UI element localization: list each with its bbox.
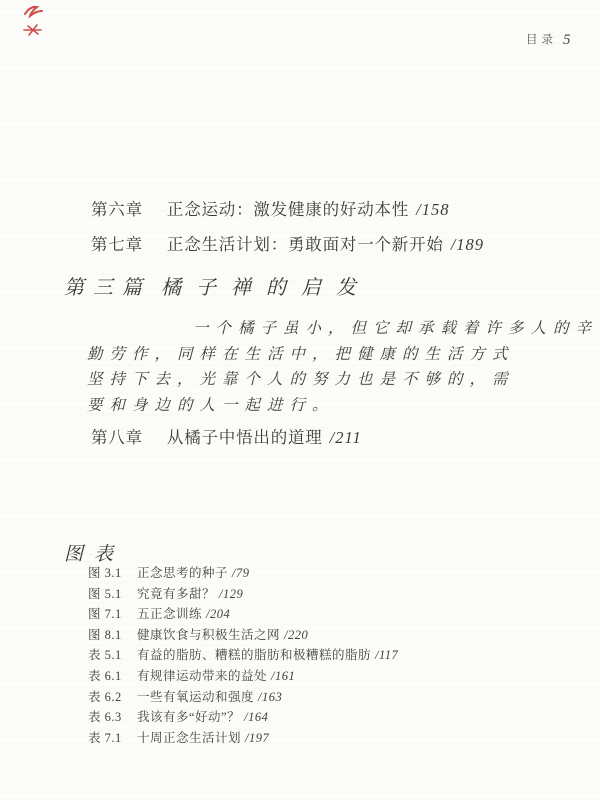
table-label: 表 6.2 — [88, 687, 137, 708]
epigraph-line: 勤劳作，同样在生活中，把健康的生活方式 — [87, 342, 557, 368]
book-toc-page: 目录 5 第六章正念运动：激发健康的好动本性/158 第七章正念生活计划：勇敢面… — [0, 0, 600, 800]
figure-page-number: /79 — [232, 566, 249, 580]
figure-label: 图 3.1 — [88, 563, 137, 584]
epigraph-line: 一个橘子虽小，但它却承载着许多人的辛 — [87, 316, 557, 342]
toc-entry-chapter-8: 第八章从橘子中悟出的道理/211 — [91, 424, 362, 448]
figure-title: 究竟有多甜？ — [137, 587, 215, 601]
part-heading: 第三篇橘子禅的启发 — [64, 271, 371, 300]
table-title: 我该有多“好动”？ — [137, 710, 240, 724]
table-list-item: 表 5.1有益的脂肪、糟糕的脂肪和极糟糕的脂肪/117 — [88, 645, 398, 666]
figure-title: 五正念训练 — [137, 607, 202, 621]
epigraph-line: 要和身边的人一起进行。 — [87, 393, 557, 419]
part-epigraph: 一个橘子虽小，但它却承载着许多人的辛 勤劳作，同样在生活中，把健康的生活方式 坚… — [87, 316, 557, 418]
part-label: 第三篇 — [64, 277, 151, 299]
chapter-title: 正念生活计划：勇敢面对一个新开始 — [167, 235, 444, 254]
page-number: 5 — [563, 32, 571, 49]
table-label: 表 6.3 — [88, 707, 137, 728]
part-title: 橘子禅的启发 — [161, 277, 371, 299]
toc-entry-chapter-7: 第七章正念生活计划：勇敢面对一个新开始/189 — [91, 231, 484, 255]
table-label: 表 6.1 — [88, 666, 137, 687]
figure-page-number: /204 — [206, 607, 230, 621]
table-page-number: /163 — [258, 690, 282, 704]
figure-page-number: /220 — [284, 628, 308, 642]
table-page-number: /197 — [245, 731, 269, 745]
table-list-item: 表 6.3我该有多“好动”？/164 — [88, 707, 398, 728]
figures-section-heading: 图表 — [64, 539, 124, 566]
table-title: 有规律运动带来的益处 — [137, 669, 267, 683]
figure-label: 图 8.1 — [88, 625, 137, 646]
table-title: 十周正念生活计划 — [137, 731, 241, 745]
chapter-title: 正念运动：激发健康的好动本性 — [167, 200, 409, 219]
figure-page-number: /129 — [219, 587, 243, 601]
chapter-page-number: /211 — [330, 428, 362, 447]
table-title: 有益的脂肪、糟糕的脂肪和极糟糕的脂肪 — [137, 648, 371, 662]
figure-title: 健康饮食与积极生活之网 — [137, 628, 280, 642]
table-page-number: /117 — [375, 648, 398, 662]
table-list-item: 表 6.1有规律运动带来的益处/161 — [88, 666, 398, 687]
toc-entry-chapter-6: 第六章正念运动：激发健康的好动本性/158 — [91, 196, 449, 220]
table-page-number: /164 — [244, 710, 268, 724]
table-label: 表 7.1 — [88, 728, 137, 749]
table-list-item: 表 7.1十周正念生活计划/197 — [88, 728, 398, 749]
figure-list-item: 图 5.1究竟有多甜？/129 — [88, 584, 398, 605]
figure-title: 正念思考的种子 — [137, 566, 228, 580]
figure-list-item: 图 7.1五正念训练/204 — [88, 604, 398, 625]
chapter-label: 第七章 — [91, 235, 143, 254]
chapter-label: 第八章 — [91, 428, 143, 447]
table-page-number: /161 — [271, 669, 295, 683]
running-head: 目录 — [526, 31, 557, 47]
table-list-item: 表 6.2一些有氧运动和强度/163 — [88, 687, 398, 708]
figure-label: 图 7.1 — [88, 604, 137, 625]
chapter-page-number: /158 — [416, 200, 449, 219]
figure-label: 图 5.1 — [88, 584, 137, 605]
chapter-page-number: /189 — [451, 235, 484, 254]
chapter-title: 从橘子中悟出的道理 — [167, 428, 323, 447]
red-pen-scribble-icon — [20, 2, 52, 47]
table-label: 表 5.1 — [88, 645, 137, 666]
figure-list-item: 图 8.1健康饮食与积极生活之网/220 — [88, 625, 398, 646]
table-title: 一些有氧运动和强度 — [137, 690, 254, 704]
epigraph-line: 坚持下去，光靠个人的努力也是不够的，需 — [87, 367, 557, 393]
chapter-label: 第六章 — [91, 200, 143, 219]
figures-list: 图 3.1正念思考的种子/79 图 5.1究竟有多甜？/129 图 7.1五正念… — [88, 563, 398, 748]
figure-list-item: 图 3.1正念思考的种子/79 — [88, 563, 398, 584]
